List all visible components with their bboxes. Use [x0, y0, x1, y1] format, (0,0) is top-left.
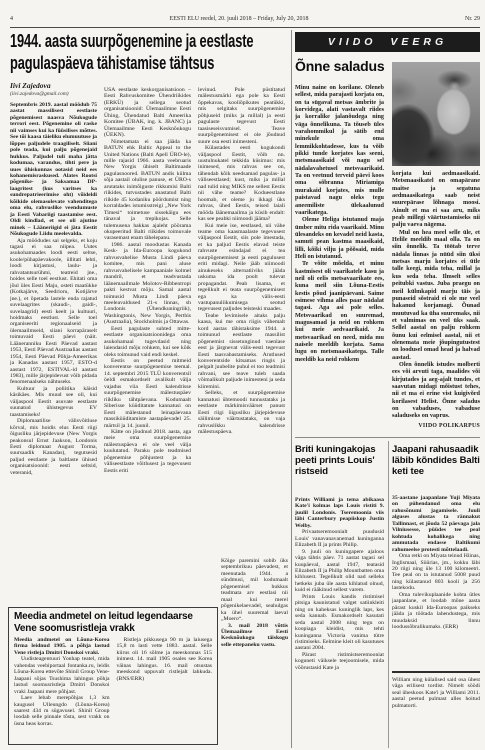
- wreck-article-box: Meedia andmetel on leitud legendaarse Ve…: [8, 607, 218, 745]
- paragraph: Prints Louis kandis ristimisel pitsiga k…: [295, 594, 384, 652]
- paragraph: Oma tulevikuplaanide kohta ütles jaapanl…: [392, 592, 480, 631]
- main-article-column-3-continued: Kõige paremini sobib üks septembrikuu pä…: [221, 558, 288, 744]
- paragraph: Ristleja pikkusega 90 m ja laiusega 15,8…: [117, 637, 213, 682]
- column-signature: VIIDO POLIKARPUS: [392, 423, 480, 429]
- paragraph: Kultuur ja poliitika käisid käsikäes. Mi…: [10, 386, 97, 418]
- paragraph: 9. juuli on kuningapere ajaloos väga täh…: [295, 549, 384, 594]
- newspaper-page: 4 EESTI ELU reedel, 20. juuli 2018 – Fri…: [0, 0, 485, 750]
- main-article-column-2: USA eestlaste keskorganisatsioon – Eesti…: [104, 87, 191, 592]
- byline-author: Iivi Zajedova: [10, 81, 51, 90]
- royal-article-text: Prints Williami ja tema abikaasa Kate'i …: [295, 497, 384, 748]
- paragraph: 1986. aastal moodustas Kanada Kesk- ja I…: [104, 242, 191, 326]
- masthead-dateline: EESTI ELU reedel, 20. juuli 2018 – Frida…: [170, 16, 309, 27]
- sidebar-horizontal-rule: [295, 437, 480, 438]
- paragraph: Selleks, et suurpõgenemise kannatusi üht…: [198, 390, 285, 435]
- paragraph: Kätte on jõudnud 2018. aasta, aga meie o…: [104, 429, 191, 474]
- sidebar-column-divider: [388, 441, 389, 748]
- column-divider: [291, 30, 292, 748]
- page-header: 4 EESTI ELU reedel, 20. juuli 2018 – Fri…: [10, 16, 480, 28]
- paragraph: Mul on hea meel selle üle, et Helile mee…: [392, 229, 480, 361]
- royal-article-continuation: William ning külalised said osa ühest vä…: [392, 677, 480, 745]
- paragraph: Olen õnnelik istudes molberti ees või ar…: [392, 361, 480, 420]
- issue-number: Nr. 29: [465, 16, 480, 27]
- main-article-column-3: levinud. Pole püstitatud mälestusmärki e…: [198, 87, 285, 554]
- sidebar-column-a: Minu naine on korilane. Oleneb sellest, …: [295, 84, 384, 434]
- japan-article-text: 35-aastane jaapanlane Yuji Miyata on püh…: [392, 495, 480, 667]
- paragraph: levinud. Pole püstitatud mälestusmärki e…: [198, 87, 285, 145]
- paragraph: Eestis on peetud mitmeid konverentse suu…: [104, 358, 191, 429]
- article-separator-rule: [392, 671, 480, 673]
- paragraph: USA eestlaste keskorganisatsioon – Eesti…: [104, 87, 191, 139]
- paragraph: Pärast ristimistseremooniat koguneti väi…: [295, 652, 384, 671]
- wreck-article-text: Meedia andmetel on Lõuna-Korea firma lei…: [14, 637, 212, 735]
- paragraph: Oma retki on Miyata teinud Hiinas, Ingli…: [392, 553, 480, 592]
- paragraph: Oleme Heliga istutanud maja ümber mitu r…: [295, 216, 384, 260]
- paragraph: Minu naine on korilane. Oleneb sellest, …: [295, 84, 384, 216]
- paragraph: Aja möödudes sai selgeks, et koju tagasi…: [10, 238, 97, 386]
- paragraph: Kui meie ise, eestlased, nii vähe teame …: [198, 223, 285, 313]
- paragraph: Prints Williami ja tema abikaasa Kate'i …: [295, 497, 384, 529]
- japan-article-headline: Jaapani rahusaadik läbib kõndides Balti …: [392, 444, 480, 477]
- sidebar-article-title: Õnne saladus: [295, 58, 384, 74]
- paragraph: Eesti pagulaste suhted mitte-eestlaste o…: [104, 326, 191, 358]
- paragraph: William ning külalised said osa ühest vä…: [392, 677, 480, 709]
- sidebar-column-b: korjata kui aedmaasikaid. Metsmaasikatel…: [392, 170, 480, 421]
- royal-article-headline: Briti kuningakojas peeti prints Louis' r…: [295, 444, 385, 477]
- paragraph: Laev lebab merepõhjas 1,3 km kaugusel Ul…: [14, 695, 110, 727]
- paragraph: Diplomaatilise välisvõitluse kõrval, mis…: [10, 418, 97, 476]
- main-article-column-1: Septembris 2019. aastal möödub 75 aastat…: [10, 102, 97, 592]
- wreck-article-headline: Meedia andmetel on leitud legendaarse Ve…: [14, 611, 212, 634]
- paragraph: Uudisteagentuuri Yonhap teatel, mida vah…: [14, 656, 110, 695]
- byline-email: (iivi.zajedova@gmail.com): [10, 91, 69, 97]
- paragraph: Te võite mõelda, et minu kastmisest oli …: [295, 260, 384, 363]
- main-headline: 1944. aasta suurpõgenemine ja eestlaste …: [10, 31, 290, 74]
- paragraph: Nimetamata ei saa jääda ka BATUN ehk Bal…: [104, 139, 191, 242]
- paragraph: 3. mail 2018 võttis Ülemaailmse Eesti Ke…: [221, 623, 288, 649]
- paragraph: Külastades eesti kogukondi väljaspool Ee…: [198, 145, 285, 222]
- paragraph: Septembris 2019. aastal möödub 75 aastat…: [10, 102, 97, 238]
- berry-picker-photo: [392, 62, 480, 166]
- page-number: 4: [10, 16, 13, 27]
- paragraph: Kõige paremini sobib üks septembrikuu pä…: [221, 558, 288, 623]
- paragraph: Teabe levimisele aitaks palju kaasa, kui…: [198, 313, 285, 390]
- paragraph: korjata kui aedmaasikaid. Metsmaasikatel…: [392, 170, 480, 229]
- section-banner-viido-veerg: VIIDO VEERG: [295, 32, 480, 52]
- paragraph: Privaatseremoonialt puudusid Louis' vana…: [295, 529, 384, 548]
- paragraph: Meedia andmetel on Lõuna-Korea firma lei…: [14, 637, 110, 656]
- paragraph: 35-aastane jaapanlane Yuji Miyata on püh…: [392, 495, 480, 553]
